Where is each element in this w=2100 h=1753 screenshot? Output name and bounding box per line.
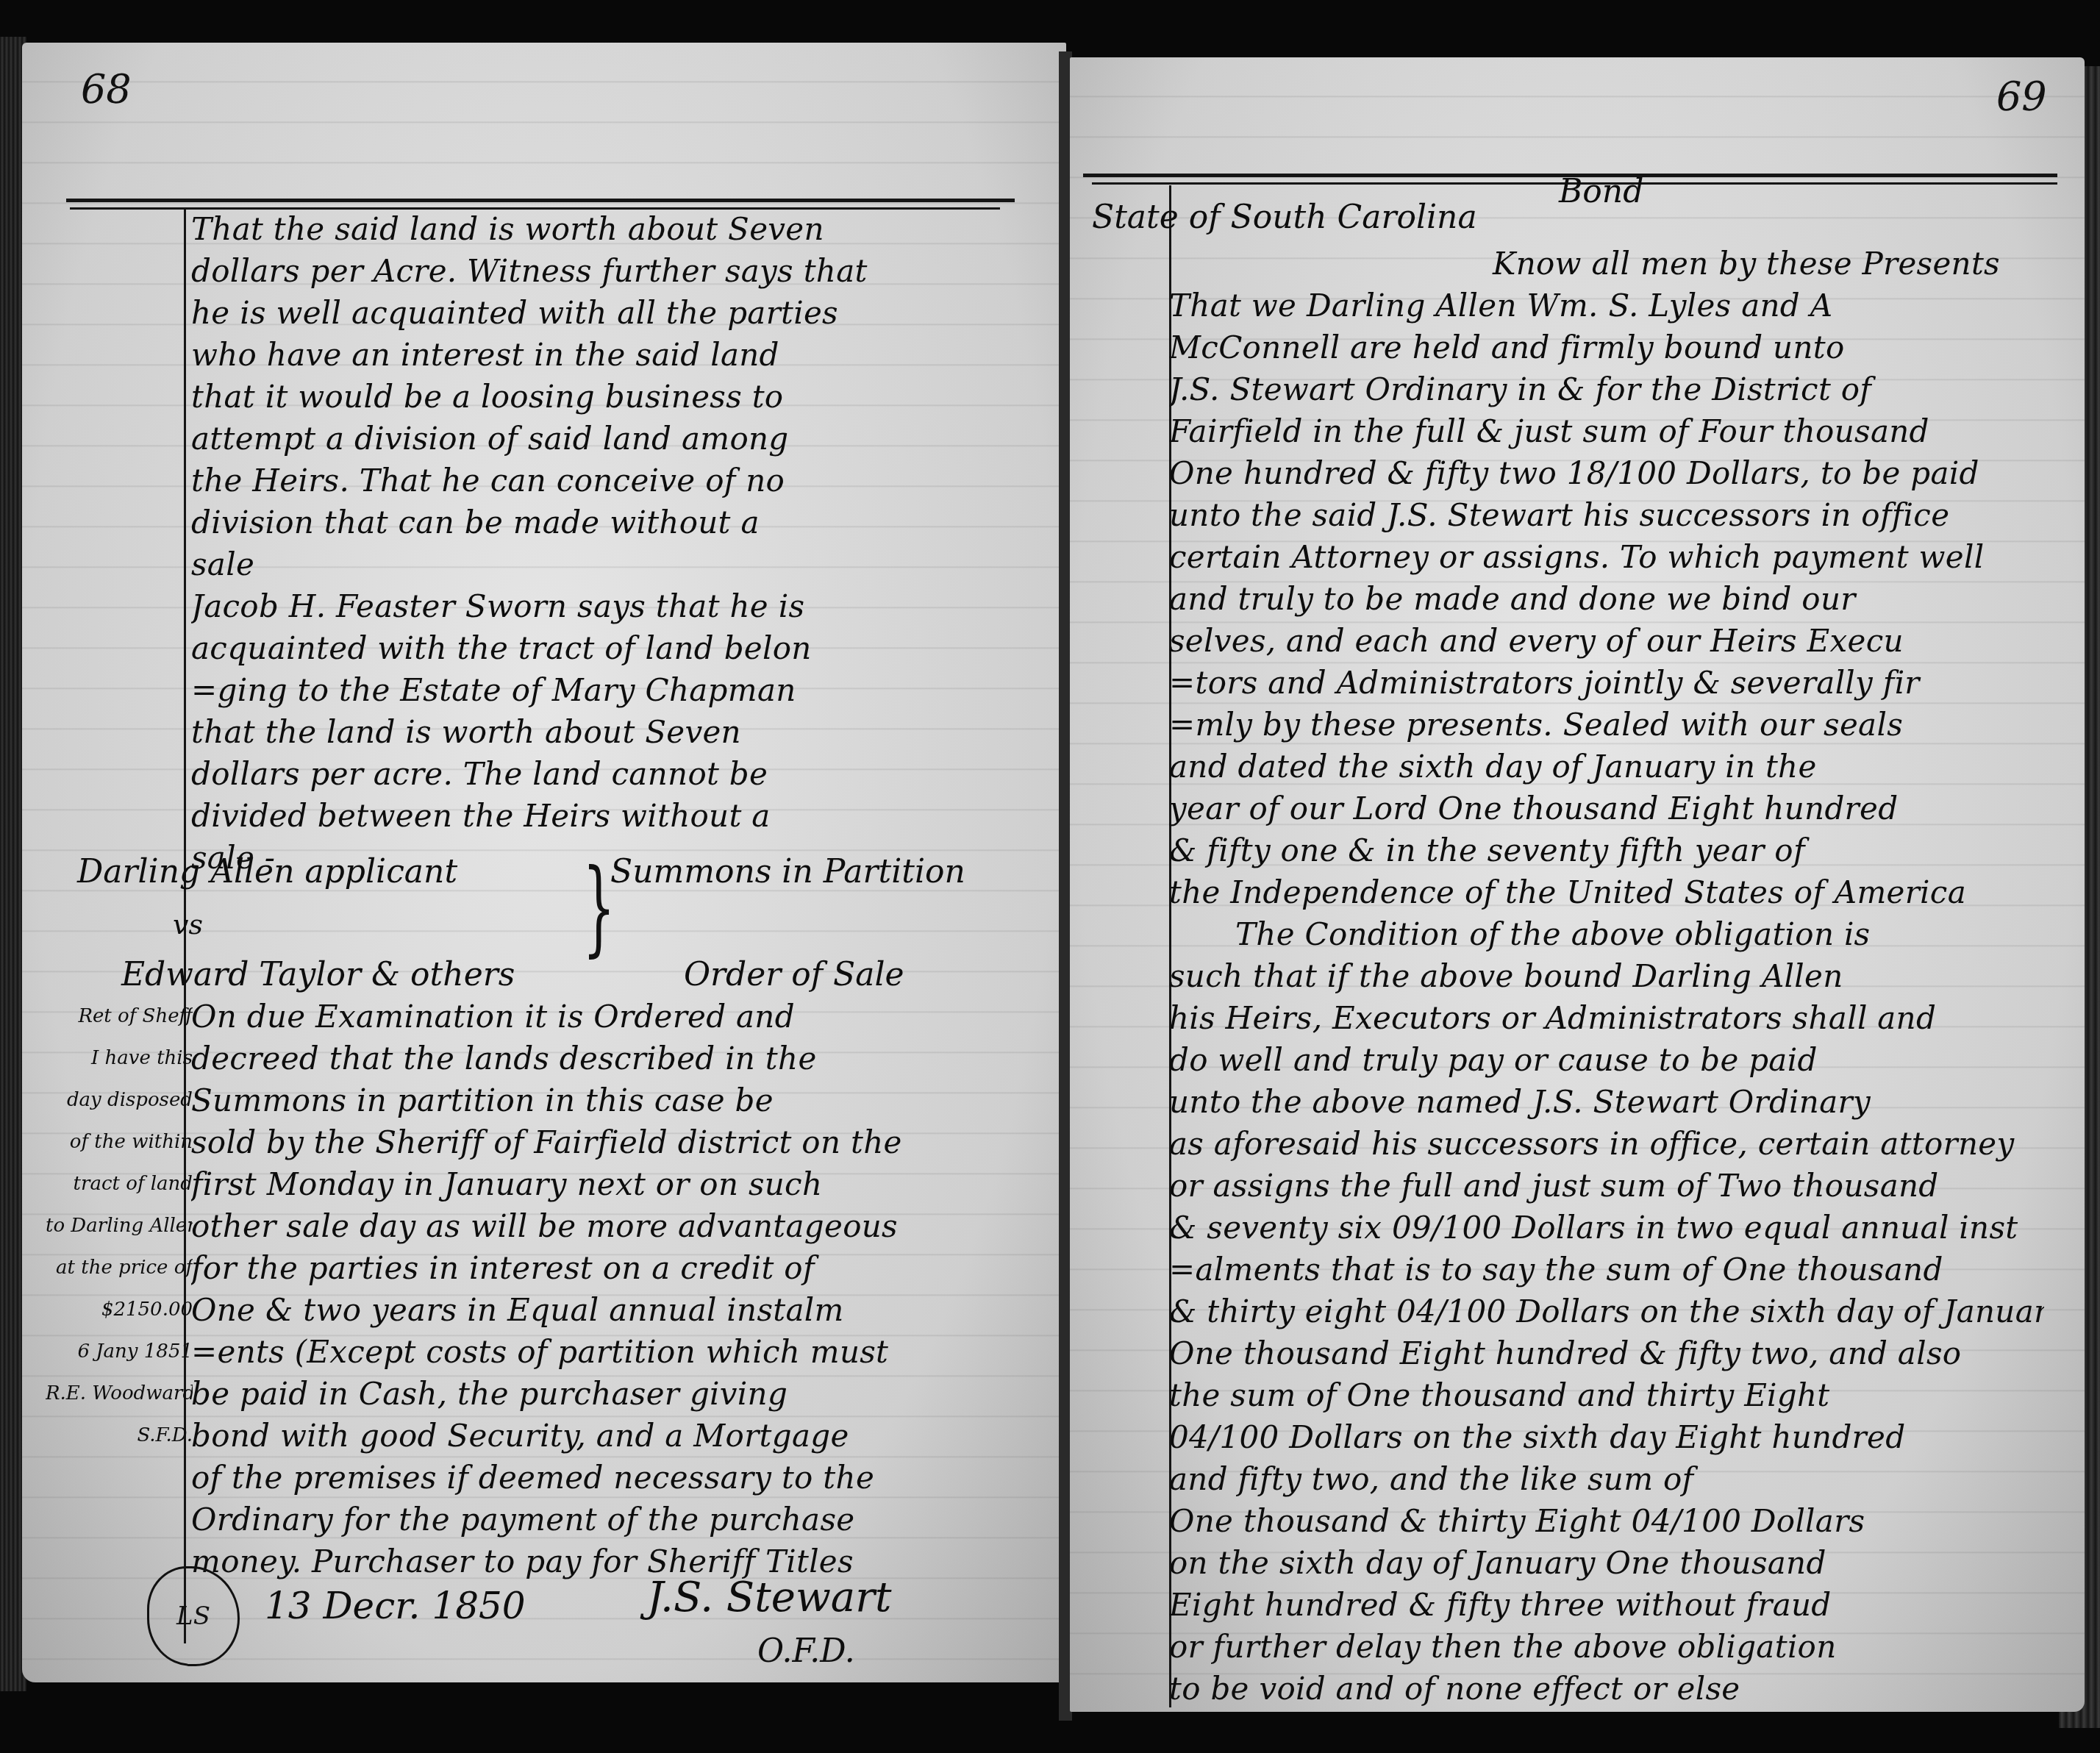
text-line: Jacob H. Feaster Sworn says that he is	[191, 585, 1037, 627]
text-line: who have an interest in the said land	[191, 334, 1037, 376]
text-line: =tors and Administrators jointly & sever…	[1169, 662, 2044, 704]
text-line: One hundred & fifty two 18/100 Dollars, …	[1169, 452, 2044, 494]
text-line: decreed that the lands described in the	[191, 1038, 1037, 1079]
margin-note-line: day disposed	[46, 1079, 193, 1121]
text-line: be paid in Cash, the purchaser giving	[191, 1373, 1037, 1415]
case-applicant: Darling Allen applicant	[77, 853, 457, 890]
page-number-left: 68	[81, 66, 132, 113]
text-line: that it would be a loosing business to	[191, 376, 1037, 418]
text-line: & thirty eight 04/100 Dollars on the six…	[1169, 1290, 2044, 1332]
signature-name: J.S. Stewart	[647, 1574, 891, 1621]
text-line: on the sixth day of January One thousand	[1169, 1542, 2044, 1584]
margin-note-line: to Darling Allen	[46, 1205, 193, 1247]
bond-heading: Bond	[1559, 173, 1643, 210]
margin-note-line: Ret of Sheff	[46, 996, 193, 1038]
margin-note-line: tract of land	[46, 1163, 193, 1205]
text-line: selves, and each and every of our Heirs …	[1169, 620, 2044, 662]
signature-date: 13 Decr. 1850	[265, 1585, 526, 1627]
text-line: One thousand & thirty Eight 04/100 Dolla…	[1169, 1500, 2044, 1542]
text-line: the sum of One thousand and thirty Eight	[1169, 1374, 2044, 1416]
text-line: money. Purchaser to pay for Sheriff Titl…	[191, 1540, 1037, 1582]
text-line: acquainted with the tract of land belon	[191, 627, 1037, 669]
margin-note-line: S.F.D.	[46, 1415, 193, 1457]
text-line: That the said land is worth about Seven	[191, 208, 1037, 250]
text-line: as aforesaid his successors in office, c…	[1169, 1123, 2044, 1165]
text-line: or assigns the full and just sum of Two …	[1169, 1165, 2044, 1207]
text-line: & fifty one & in the seventy fifth year …	[1169, 829, 2044, 871]
text-line: bond with good Security, and a Mortgage	[191, 1415, 1037, 1457]
text-line: One & two years in Equal annual instalm	[191, 1289, 1037, 1331]
margin-note-line: 6 Jany 1851	[46, 1331, 193, 1373]
text-line: such that if the above bound Darling All…	[1169, 955, 2044, 997]
margin-note-line: I have this	[46, 1038, 193, 1079]
text-line: for the parties in interest on a credit …	[191, 1247, 1037, 1289]
text-line: he is well acquainted with all the parti…	[191, 292, 1037, 334]
text-line: unto the said J.S. Stewart his successor…	[1169, 494, 2044, 536]
text-line: the Independence of the United States of…	[1169, 871, 2044, 913]
seal-text: LS	[176, 1602, 210, 1631]
text-line: unto the above named J.S. Stewart Ordina…	[1169, 1081, 2044, 1123]
order-of-sale-body: On due Examination it is Ordered and dec…	[191, 996, 1037, 1582]
text-line: sold by the Sheriff of Fairfield distric…	[191, 1121, 1037, 1163]
text-line: One thousand Eight hundred & fifty two, …	[1169, 1332, 2044, 1374]
text-line: =mly by these presents. Sealed with our …	[1169, 704, 2044, 746]
bond-body: Know all men by these Presents That we D…	[1169, 243, 2044, 1710]
text-line: =ging to the Estate of Mary Chapman	[191, 669, 1037, 711]
text-line: first Monday in January next or on such	[191, 1163, 1037, 1205]
text-line: of the premises if deemed necessary to t…	[191, 1457, 1037, 1499]
text-line: that the land is worth about Seven	[191, 711, 1037, 753]
text-line: sale	[191, 543, 1037, 585]
text-line: McConnell are held and firmly bound unto	[1169, 326, 2044, 368]
signature-title: O.F.D.	[757, 1632, 855, 1670]
margin-note-line: R.E. Woodward	[46, 1373, 193, 1415]
text-line: Know all men by these Presents	[1169, 243, 2044, 285]
text-line: J.S. Stewart Ordinary in & for the Distr…	[1169, 368, 2044, 410]
text-line: division that can be made without a	[191, 501, 1037, 543]
text-line: the Heirs. That he can conceive of no	[191, 460, 1037, 501]
text-line: attempt a division of said land among	[191, 418, 1037, 460]
header-rule-left	[66, 199, 1015, 202]
state-line: State of South Carolina	[1092, 199, 1477, 236]
text-line: Fairfield in the full & just sum of Four…	[1169, 410, 2044, 452]
text-line: dollars per acre. The land cannot be	[191, 753, 1037, 795]
text-line: dollars per Acre. Witness further says t…	[191, 250, 1037, 292]
margin-note-line: of the within	[46, 1121, 193, 1163]
text-line: year of our Lord One thousand Eight hund…	[1169, 788, 2044, 829]
text-line: 04/100 Dollars on the sixth day Eight hu…	[1169, 1416, 2044, 1458]
text-line: & seventy six 09/100 Dollars in two equa…	[1169, 1207, 2044, 1249]
text-line: divided between the Heirs without a	[191, 795, 1037, 837]
page-number-right: 69	[1996, 74, 2047, 120]
text-line: =alments that is to say the sum of One t…	[1169, 1249, 2044, 1290]
text-line: and truly to be made and done we bind ou…	[1169, 578, 2044, 620]
left-page-body: That the said land is worth about Seven …	[191, 208, 1037, 879]
text-line: The Condition of the above obligation is	[1169, 913, 2044, 955]
text-line: Summons in partition in this case be	[191, 1079, 1037, 1121]
text-line: Ordinary for the payment of the purchase	[191, 1499, 1037, 1540]
margin-note-line: $2150.00	[46, 1289, 193, 1331]
text-line: to be void and of none effect or else	[1169, 1668, 2044, 1710]
case-respondent: Edward Taylor & others	[121, 956, 515, 993]
margin-note-line: at the price of	[46, 1247, 193, 1289]
text-line: other sale day as will be more advantage…	[191, 1205, 1037, 1247]
text-line: certain Attorney or assigns. To which pa…	[1169, 536, 2044, 578]
text-line: That we Darling Allen Wm. S. Lyles and A	[1169, 285, 2044, 326]
text-line: do well and truly pay or cause to be pai…	[1169, 1039, 2044, 1081]
text-line: or further delay then the above obligati…	[1169, 1626, 2044, 1668]
sheriff-return-margin-note: Ret of Sheff I have this day disposed of…	[46, 996, 193, 1457]
seal-mark: LS	[147, 1566, 240, 1666]
case-versus: vs	[173, 908, 203, 940]
text-line: and fifty two, and the like sum of	[1169, 1458, 2044, 1500]
text-line: Eight hundred & fifty three without frau…	[1169, 1584, 2044, 1626]
order-title: Order of Sale	[684, 956, 904, 993]
text-line: his Heirs, Executors or Administrators s…	[1169, 997, 2044, 1039]
text-line: =ents (Except costs of partition which m…	[191, 1331, 1037, 1373]
case-proceeding: Summons in Partition	[610, 853, 965, 890]
text-line: and dated the sixth day of January in th…	[1169, 746, 2044, 788]
text-line: On due Examination it is Ordered and	[191, 996, 1037, 1038]
